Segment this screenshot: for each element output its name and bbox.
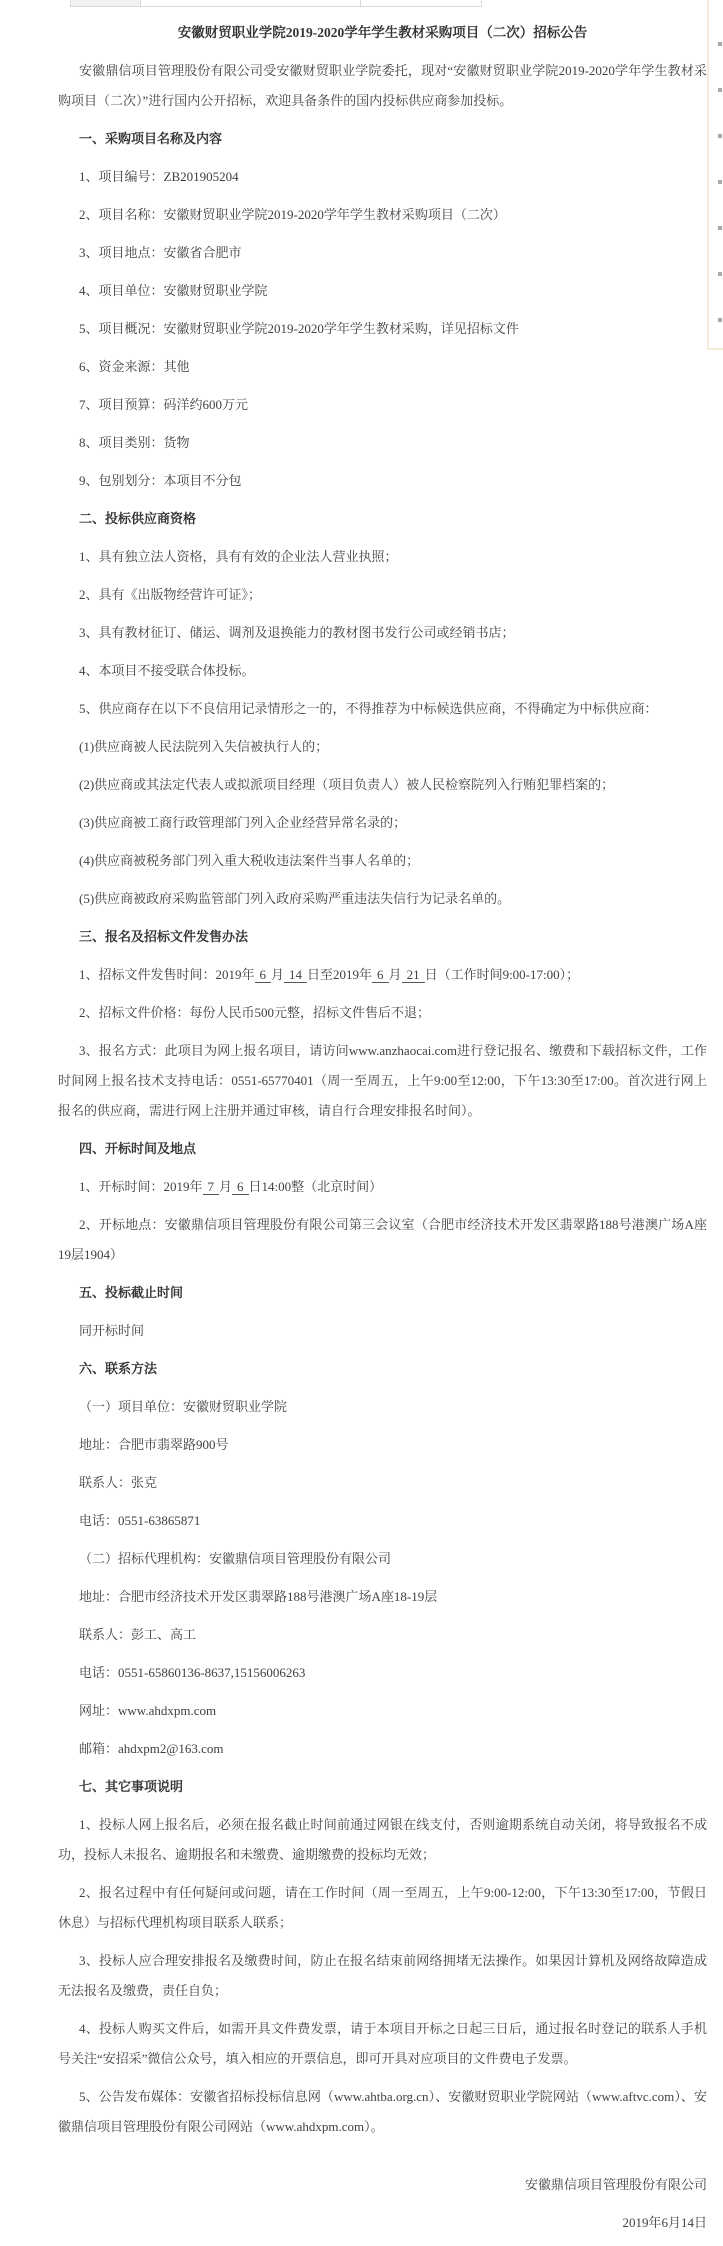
section-heading: 六、联系方法 [58,1354,707,1384]
page-title: 安徽财贸职业学院2019-2020学年学生教材采购项目（二次）招标公告 [58,18,707,48]
cutoff-table-fragment [0,0,723,7]
paragraph: 3、具有教材征订、储运、调剂及退换能力的教材图书发行公司或经销书店； [58,618,707,648]
table-border-bottom [70,6,482,7]
paragraph: （二）招标代理机构：安徽鼎信项目管理股份有限公司 [58,1544,707,1574]
section-heading: 四、开标时间及地点 [58,1134,707,1164]
paragraph: 地址：合肥市翡翠路900号 [58,1430,707,1460]
paragraph: 5、项目概况：安徽财贸职业学院2019-2020学年学生教材采购，详见招标文件 [58,314,707,344]
paragraph: 邮箱：ahdxpm2@163.com [58,1734,707,1764]
underlined-date-value: 7 [203,1179,220,1195]
list-bullet-icon [718,88,722,92]
paragraph: 4、本项目不接受联合体投标。 [58,656,707,686]
paragraph: 2、报名过程中有任何疑问或问题，请在工作时间（周一至周五，上午9:00-12:0… [58,1878,707,1938]
paragraph: 4、项目单位：安徽财贸职业学院 [58,276,707,306]
paragraph: 1、项目编号：ZB201905204 [58,162,707,192]
footer-company: 安徽鼎信项目管理股份有限公司 [58,2170,707,2200]
underlined-date-value: 6 [232,1179,249,1195]
paragraph: 电话：0551-65860136-8637,15156006263 [58,1658,707,1688]
table-border-vertical [481,0,482,6]
paragraph: 5、公告发布媒体：安徽省招标投标信息网（www.ahtba.org.cn）、安徽… [58,2082,707,2142]
paragraph: (3)供应商被工商行政管理部门列入企业经营异常名录的； [58,808,707,838]
list-bullet-icon [718,42,722,46]
paragraph: 电话：0551-63865871 [58,1506,707,1536]
section-heading: 三、报名及招标文件发售办法 [58,922,707,952]
paragraph: 联系人：彭工、高工 [58,1620,707,1650]
paragraph: 3、报名方式：此项目为网上报名项目，请访问www.anzhaocai.com进行… [58,1036,707,1126]
text-segment: 1、招标文件发售时间：2019年 [79,967,255,982]
paragraph: 2、项目名称：安徽财贸职业学院2019-2020学年学生教材采购项目（二次） [58,200,707,230]
related-panel [707,0,723,350]
paragraph: 7、项目预算：码洋约600万元 [58,390,707,420]
paragraph: 8、项目类别：货物 [58,428,707,458]
section-heading: 一、采购项目名称及内容 [58,124,707,154]
text-segment: 1、开标时间：2019年 [79,1179,203,1194]
text-segment: 日至2019年 [307,967,372,982]
list-bullet-icon [718,134,722,138]
paragraph: 1、开标时间：2019年7月6日14:00整（北京时间） [58,1172,707,1202]
paragraph: 6、资金来源：其他 [58,352,707,382]
footer-date: 2019年6月14日 [58,2208,707,2238]
paragraph: 同开标时间 [58,1316,707,1346]
list-bullet-icon [718,180,722,184]
paragraph: (1)供应商被人民法院列入失信被执行人的； [58,732,707,762]
table-border-vertical [140,0,141,6]
underlined-date-value: 14 [284,967,307,983]
underlined-date-value: 21 [402,967,425,983]
text-segment: 月 [389,967,402,982]
list-bullet-icon [718,272,722,276]
underlined-date-value: 6 [372,967,389,983]
paragraph: （一）项目单位：安徽财贸职业学院 [58,1392,707,1422]
table-border-vertical [360,0,361,6]
paragraph: 9、包别划分：本项目不分包 [58,466,707,496]
paragraph: 2、开标地点：安徽鼎信项目管理股份有限公司第三会议室（合肥市经济技术开发区翡翠路… [58,1210,707,1270]
paragraph: 网址：www.ahdxpm.com [58,1696,707,1726]
table-border-vertical [70,0,71,6]
paragraph: 安徽鼎信项目管理股份有限公司受安徽财贸职业学院委托，现对“安徽财贸职业学院201… [58,56,707,116]
paragraph: 2、招标文件价格：每份人民币500元整，招标文件售后不退； [58,998,707,1028]
document-content: 安徽财贸职业学院2019-2020学年学生教材采购项目（二次）招标公告 安徽鼎信… [0,0,723,2238]
paragraph: 1、投标人网上报名后，必须在报名截止时间前通过网银在线支付，否则逾期系统自动关闭… [58,1810,707,1870]
document-blocks: 安徽鼎信项目管理股份有限公司受安徽财贸职业学院委托，现对“安徽财贸职业学院201… [58,56,707,2142]
paragraph: 3、项目地点：安徽省合肥市 [58,238,707,268]
text-segment: 日（工作时间9:00-17:00）； [425,967,580,982]
text-segment: 月 [219,1179,232,1194]
paragraph: 1、具有独立法人资格，具有有效的企业法人营业执照； [58,542,707,572]
text-segment: 月 [271,967,284,982]
paragraph: 1、招标文件发售时间：2019年6月14日至2019年6月21日（工作时间9:0… [58,960,707,990]
list-bullet-icon [718,318,722,322]
paragraph: 4、投标人购买文件后，如需开具文件费发票，请于本项目开标之日起三日后，通过报名时… [58,2014,707,2074]
paragraph: 联系人：张克 [58,1468,707,1498]
announcement-page: 安徽财贸职业学院2019-2020学年学生教材采购项目（二次）招标公告 安徽鼎信… [0,0,723,2246]
paragraph: 2、具有《出版物经营许可证》； [58,580,707,610]
paragraph: 3、投标人应合理安排报名及缴费时间，防止在报名结束前网络拥堵无法操作。如果因计算… [58,1946,707,2006]
section-heading: 二、投标供应商资格 [58,504,707,534]
paragraph: 地址：合肥市经济技术开发区翡翠路188号港澳广场A座18-19层 [58,1582,707,1612]
list-bullet-icon [718,226,722,230]
section-heading: 七、其它事项说明 [58,1772,707,1802]
paragraph: (4)供应商被税务部门列入重大税收违法案件当事人名单的； [58,846,707,876]
text-segment: 日14:00整（北京时间） [249,1179,383,1194]
paragraph: 5、供应商存在以下不良信用记录情形之一的，不得推荐为中标候选供应商，不得确定为中… [58,694,707,724]
section-heading: 五、投标截止时间 [58,1278,707,1308]
paragraph: (2)供应商或其法定代表人或拟派项目经理（项目负责人）被人民检察院列入行贿犯罪档… [58,770,707,800]
paragraph: (5)供应商被政府采购监管部门列入政府采购严重违法失信行为记录名单的。 [58,884,707,914]
underlined-date-value: 6 [255,967,272,983]
